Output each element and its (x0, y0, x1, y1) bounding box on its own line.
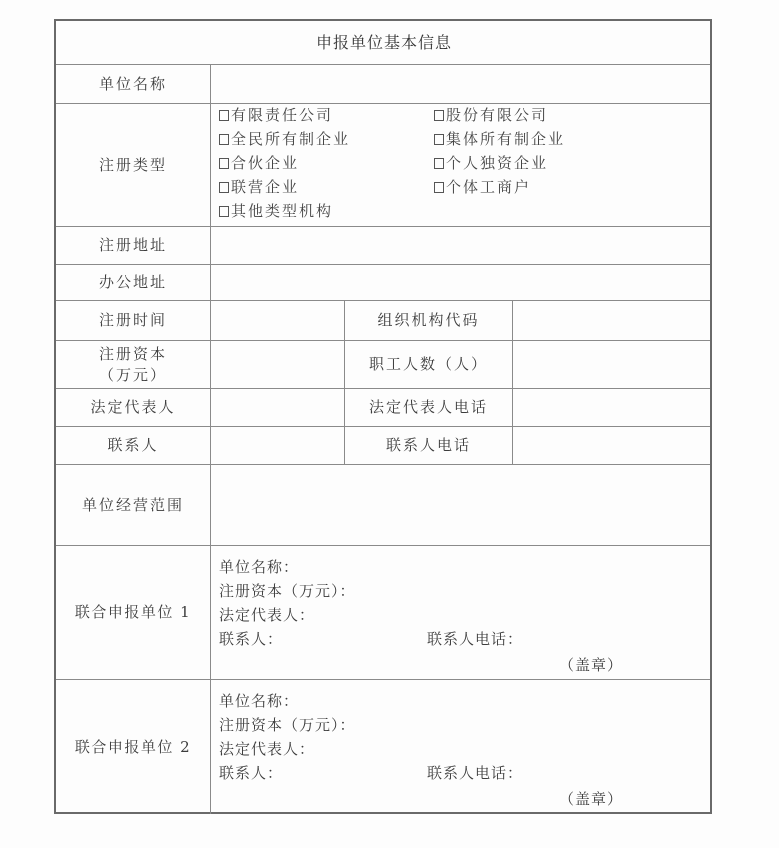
label-reg-type: 注册类型 (56, 104, 210, 226)
label-contact-phone: 联系人电话 (345, 427, 512, 464)
joint-unit-name: 单位名称： (219, 556, 299, 577)
label-reg-capital-line2: （万元） (99, 365, 167, 386)
reg-type-option[interactable]: 联营企业 (219, 176, 299, 197)
label-contact: 联系人 (56, 427, 210, 464)
form-title: 申报单位基本信息 (56, 21, 712, 64)
label-reg-address: 注册地址 (56, 227, 210, 264)
reg-type-option[interactable]: 个人独资企业 (434, 152, 548, 173)
checkbox-icon[interactable] (434, 182, 444, 193)
reg-type-option[interactable]: 合伙企业 (219, 152, 299, 173)
joint-unit-legal-rep: 法定代表人： (219, 604, 315, 625)
checkbox-icon[interactable] (219, 182, 229, 193)
checkbox-icon[interactable] (434, 134, 444, 145)
label-staff-count: 职工人数（人） (345, 341, 512, 388)
input-reg-address[interactable] (211, 227, 712, 264)
checkbox-icon[interactable] (219, 134, 229, 145)
reg-type-option[interactable]: 股份有限公司 (434, 104, 548, 125)
reg-type-option[interactable]: 个体工商户 (434, 176, 531, 197)
input-business-scope[interactable] (211, 465, 712, 545)
input-contact-phone[interactable] (513, 427, 712, 464)
input-staff-count[interactable] (513, 341, 712, 388)
joint-unit-seal: （盖章） (559, 788, 623, 809)
label-reg-capital: 注册资本 （万元） (56, 341, 210, 388)
reg-type-option[interactable]: 全民所有制企业 (219, 128, 350, 149)
input-office-address[interactable] (211, 265, 712, 300)
label-joint-unit-2: 联合申报单位 2 (56, 680, 210, 814)
joint-unit-capital: 注册资本（万元）： (219, 580, 356, 601)
label-reg-time: 注册时间 (56, 301, 210, 340)
joint-unit-contact: 联系人： (219, 762, 283, 783)
joint-unit-name: 单位名称： (219, 690, 299, 711)
joint-unit-contact-phone: 联系人电话： (427, 628, 523, 649)
joint-unit-capital: 注册资本（万元）： (219, 714, 356, 735)
label-legal-rep-phone: 法定代表人电话 (345, 389, 512, 426)
input-reg-capital[interactable] (211, 341, 344, 388)
input-legal-rep-phone[interactable] (513, 389, 712, 426)
input-legal-rep[interactable] (211, 389, 344, 426)
label-joint-unit-1: 联合申报单位 1 (56, 546, 210, 679)
label-business-scope: 单位经营范围 (56, 465, 210, 545)
label-unit-name: 单位名称 (56, 65, 210, 103)
joint-unit-contact: 联系人： (219, 628, 283, 649)
checkbox-icon[interactable] (219, 206, 229, 217)
label-reg-capital-line1: 注册资本 (99, 344, 167, 365)
input-unit-name[interactable] (211, 65, 712, 103)
label-org-code: 组织机构代码 (345, 301, 512, 340)
checkbox-icon[interactable] (434, 110, 444, 121)
input-org-code[interactable] (513, 301, 712, 340)
checkbox-icon[interactable] (434, 158, 444, 169)
label-office-address: 办公地址 (56, 265, 210, 300)
applicant-info-form: 申报单位基本信息 单位名称 注册类型 注册地址 办公地址 注册时间 组织机构代码… (54, 19, 712, 814)
reg-type-option[interactable]: 集体所有制企业 (434, 128, 565, 149)
label-legal-rep: 法定代表人 (56, 389, 210, 426)
input-contact[interactable] (211, 427, 344, 464)
input-reg-time[interactable] (211, 301, 344, 340)
reg-type-option[interactable]: 其他类型机构 (219, 200, 333, 221)
reg-type-option[interactable]: 有限责任公司 (219, 104, 333, 125)
joint-unit-seal: （盖章） (559, 654, 623, 675)
joint-unit-legal-rep: 法定代表人： (219, 738, 315, 759)
joint-unit-contact-phone: 联系人电话： (427, 762, 523, 783)
checkbox-icon[interactable] (219, 110, 229, 121)
checkbox-icon[interactable] (219, 158, 229, 169)
